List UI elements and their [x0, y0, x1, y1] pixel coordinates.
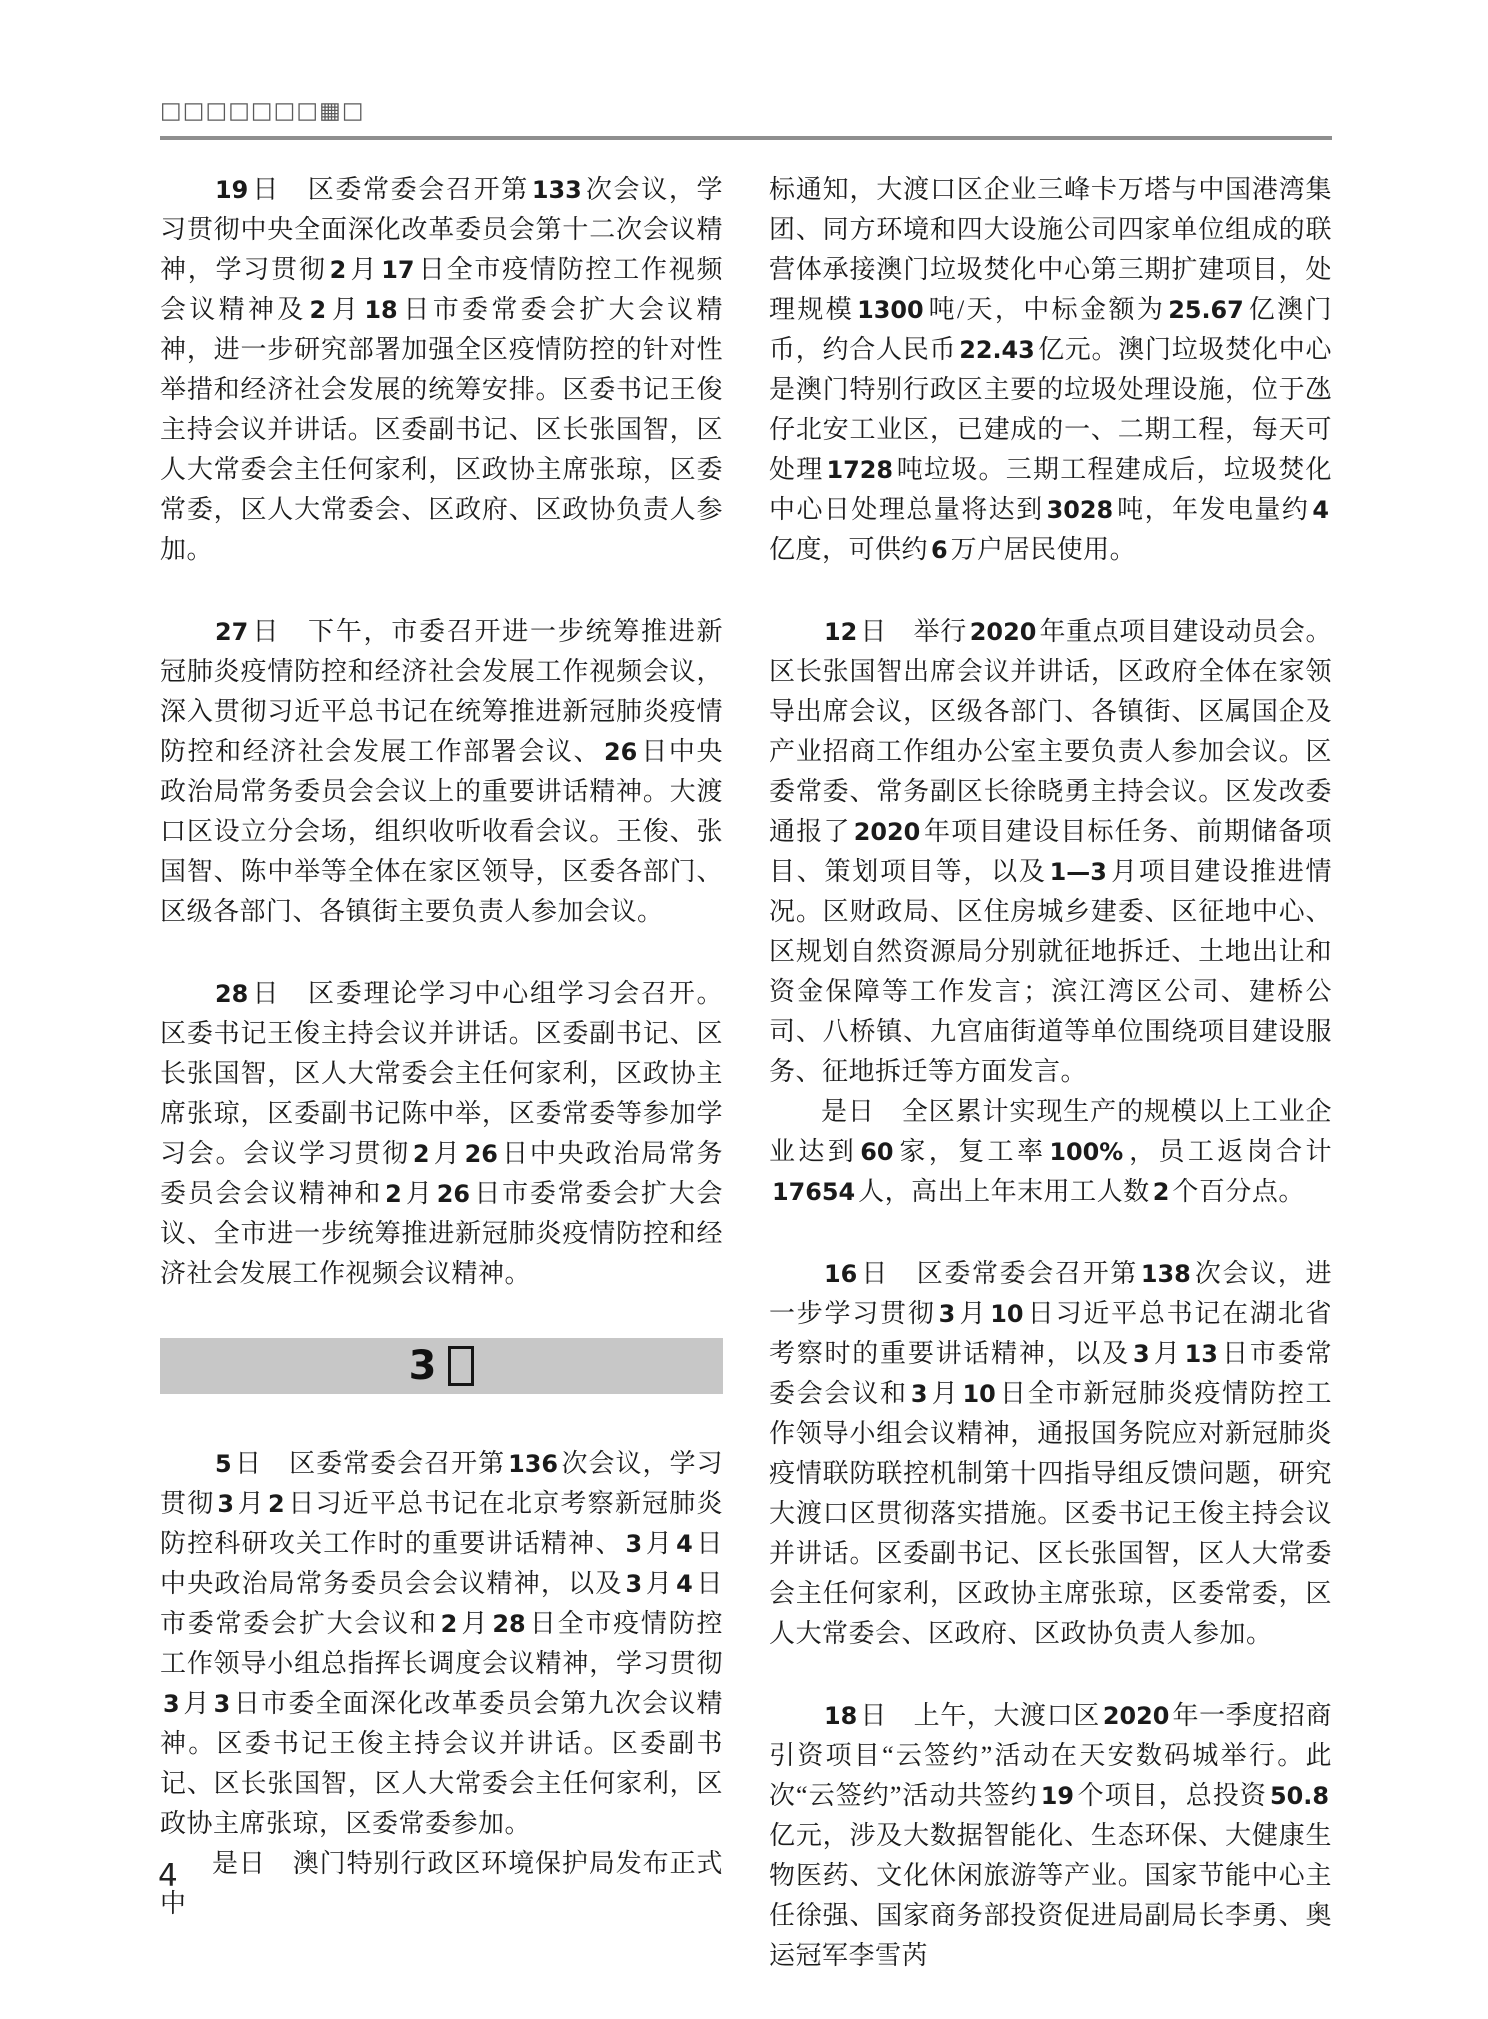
entry-mar-5-continuation: 标通知，大渡口区企业三峰卡万塔与中国港湾集团、同方环境和四大设施公司四家单位组成…: [769, 170, 1332, 570]
left-column: 19日 区委常委会召开第133次会议，学习贯彻中央全面深化改革委员会第十二次会议…: [160, 170, 723, 1924]
two-column-body: 19日 区委常委会召开第133次会议，学习贯彻中央全面深化改革委员会第十二次会议…: [160, 170, 1332, 1976]
entry-mar-5: 5日 区委常委会召开第136次会议，学习贯彻3月2日习近平总书记在北京考察新冠肺…: [160, 1444, 723, 1844]
entry-feb-19: 19日 区委常委会召开第133次会议，学习贯彻中央全面深化改革委员会第十二次会议…: [160, 170, 723, 570]
page-number: 4: [158, 1858, 178, 1894]
page-header-title-tofu: □□□□□□□▦□: [160, 100, 365, 123]
yearbook-document-page: □□□□□□□▦□ 19日 区委常委会召开第133次会议，学习贯彻中央全面深化改…: [0, 0, 1488, 2019]
entry-mar-18: 18日 上午，大渡口区2020年一季度招商引资项目“云签约”活动在天安数码城举行…: [769, 1696, 1332, 1976]
missing-glyph-box: [448, 1346, 474, 1386]
entry-feb-28: 28日 区委理论学习中心组学习会召开。区委书记王俊主持会议并讲话。区委副书记、区…: [160, 974, 723, 1294]
entry-mar-12: 12日 举行2020年重点项目建设动员会。区长张国智出席会议并讲话，区政府全体在…: [769, 612, 1332, 1092]
entry-feb-27: 27日 下午，市委召开进一步统筹推进新冠肺炎疫情防控和经济社会发展工作视频会议，…: [160, 612, 723, 932]
month-number: 3: [409, 1346, 437, 1386]
entry-mar-16: 16日 区委常委会召开第138次会议，进一步学习贯彻3月10日习近平总书记在湖北…: [769, 1254, 1332, 1654]
right-column: 标通知，大渡口区企业三峰卡万塔与中国港湾集团、同方环境和四大设施公司四家单位组成…: [769, 170, 1332, 1976]
month-section-banner: 3: [160, 1338, 723, 1394]
entry-mar-5-same-day: 是日 澳门特别行政区环境保护局发布正式中: [160, 1844, 723, 1924]
header-divider-rule: [160, 136, 1332, 140]
entry-mar-12-same-day: 是日 全区累计实现生产的规模以上工业企业达到60家，复工率100%，员工返岗合计…: [769, 1092, 1332, 1212]
